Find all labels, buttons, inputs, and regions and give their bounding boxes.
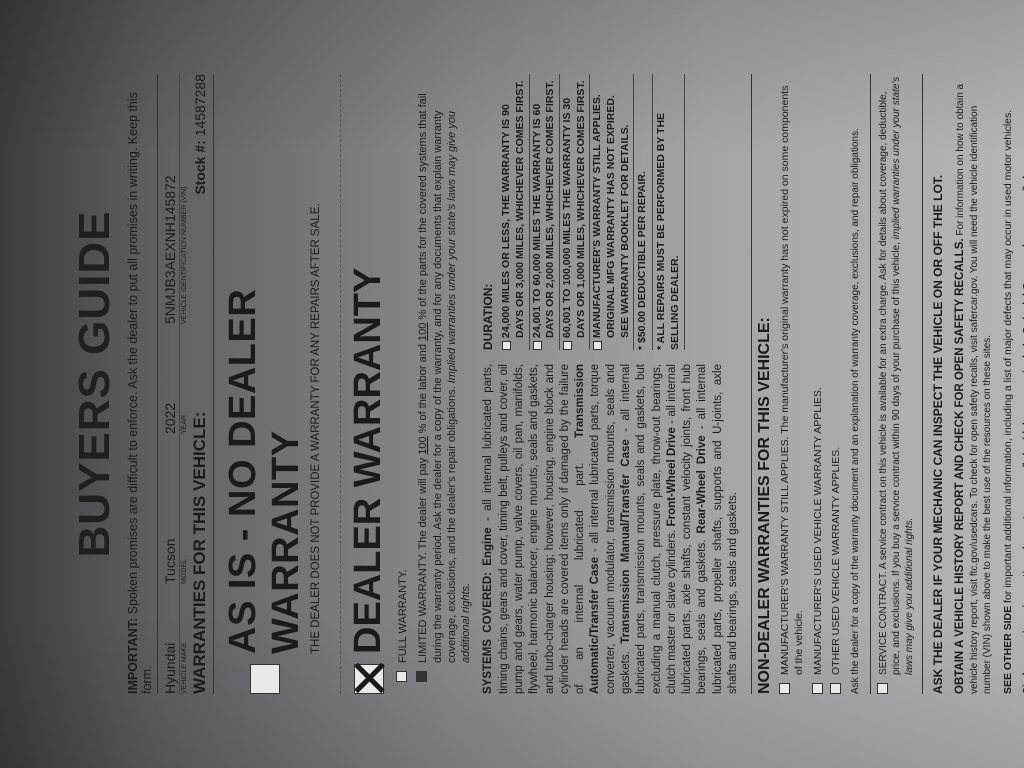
non-dealer-checkbox[interactable] <box>779 683 790 694</box>
service-contract-option: SERVICE CONTRACT. A service contract on … <box>870 74 923 694</box>
ask-mechanic-text: ASK THE DEALER IF YOUR MECHANIC CAN INSP… <box>931 74 945 694</box>
duration-section: DURATION: 24,000 MILES OR LESS, THE WARR… <box>481 74 741 350</box>
repairs-note: * ALL REPAIRS MUST BE PERFORMED BY THE S… <box>653 74 685 350</box>
vehicle-year: 2022 YEAR <box>162 324 188 434</box>
stock-number: Stock #: 14587288 <box>192 74 208 195</box>
ask-copy-text: Ask the dealer for a copy of the warrant… <box>849 74 862 694</box>
see-other-side-text: SEE OTHER SIDE for important additional … <box>1002 74 1016 694</box>
as-is-checkbox[interactable] <box>250 664 280 694</box>
non-dealer-checkbox[interactable] <box>812 683 823 694</box>
as-is-option: AS IS - NO DEALER WARRANTY <box>222 74 308 694</box>
as-is-subtitle: THE DEALER DOES NOT PROVIDE A WARRANTY F… <box>310 74 322 654</box>
parts-percent: 100 <box>417 323 429 341</box>
vehicle-make: Hyundai VEHICLE MAKE <box>162 584 188 694</box>
full-warranty-option: FULL WARRANTY. <box>396 74 410 682</box>
labor-percent: 100 <box>417 436 429 454</box>
limited-warranty-option: LIMITED WARRANTY. The dealer will pay 10… <box>416 74 473 682</box>
full-warranty-checkbox[interactable] <box>396 671 407 682</box>
duration-checkbox[interactable] <box>563 341 572 350</box>
important-notice: IMPORTANT: Spoken promises are difficult… <box>126 74 158 694</box>
limited-warranty-checkbox[interactable] <box>416 671 427 682</box>
non-dealer-option: MANUFACTURER'S USED VEHICLE WARRANTY APP… <box>812 74 826 694</box>
dealer-warranty-checkbox[interactable] <box>354 664 384 694</box>
warranties-header: WARRANTIES FOR THIS VEHICLE: Stock #: 14… <box>190 74 214 694</box>
duration-checkbox[interactable] <box>593 341 602 350</box>
systems-covered: SYSTEMS COVERED: Engine - all internal l… <box>481 364 741 694</box>
duration-option: 24,001 TO 60,000 MILES THE WARRANTY IS 6… <box>530 74 560 350</box>
obtain-history-text: OBTAIN A VEHICLE HISTORY REPORT AND CHEC… <box>953 74 994 694</box>
non-dealer-checkbox[interactable] <box>830 683 841 694</box>
service-contract-checkbox[interactable] <box>877 683 888 694</box>
vehicle-vin: 5NMJB3AEXNH145872 VEHICLE IDENTIFICATION… <box>162 74 188 324</box>
vehicle-model: Tucson MODEL <box>162 434 188 584</box>
duration-checkbox[interactable] <box>502 341 511 350</box>
duration-checkbox[interactable] <box>533 341 542 350</box>
duration-option: 24,000 MILES OR LESS, THE WARRANTY IS 90… <box>499 74 529 350</box>
duration-option: MANUFACTURER'S WARRANTY STILL APPLIES. O… <box>590 74 634 350</box>
coverage-columns: SYSTEMS COVERED: Engine - all internal l… <box>481 74 741 694</box>
duration-option: 60,001 TO 100,000 MILES THE WARRANTY IS … <box>560 74 590 350</box>
non-dealer-option: MANUFACTURER'S WARRANTY STILL APPLIES. T… <box>779 74 806 694</box>
buyers-guide-document: BUYERS GUIDE IMPORTANT: Spoken promises … <box>52 64 972 704</box>
vehicle-info-row: Hyundai VEHICLE MAKE Tucson MODEL 2022 Y… <box>162 74 188 694</box>
deductible-note: * $50.00 DEDUCTIBLE PER REPAIR. <box>634 74 653 350</box>
document-title: BUYERS GUIDE <box>70 74 120 694</box>
non-dealer-option: OTHER USED VEHICLE WARRANTY APPLIES. <box>830 74 844 694</box>
dealer-warranty-option: DEALER WARRANTY <box>340 74 390 694</box>
non-dealer-heading: NON-DEALER WARRANTIES FOR THIS VEHICLE: <box>751 74 774 694</box>
